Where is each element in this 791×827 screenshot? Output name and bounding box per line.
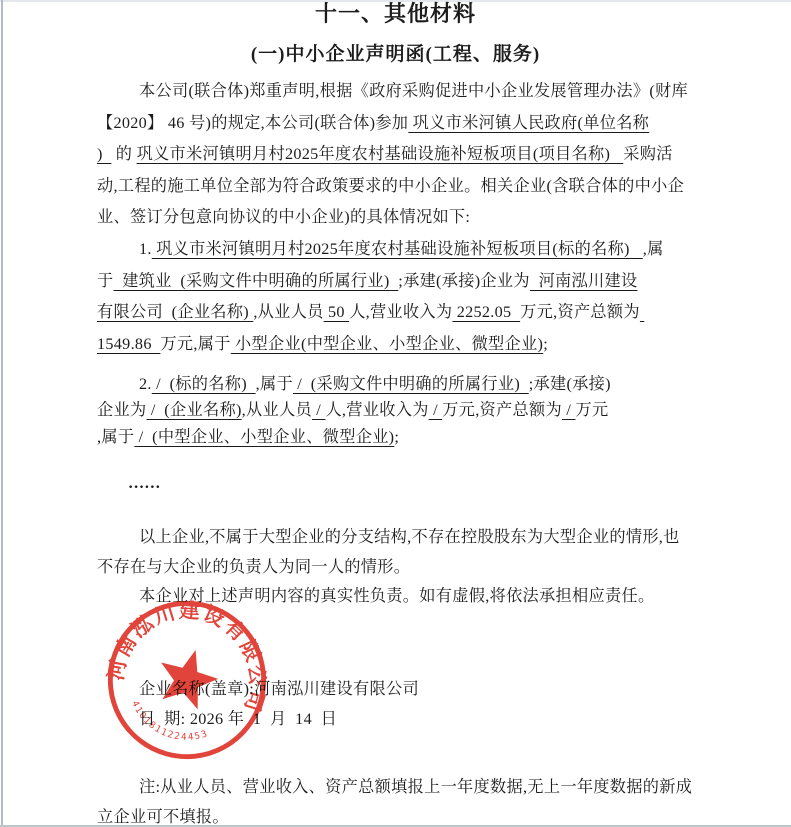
text-segment: 万元,属于 — [160, 335, 230, 353]
company-seal: 河南泓川建设有限公司 4101811224453 — [104, 597, 270, 763]
text-segment: 于 — [97, 272, 114, 290]
text-line: 企业为 / (企业名称),从业人员 / 人,营业收入为 / 万元,资产总额为 /… — [97, 397, 703, 423]
text-line: 注:从业人员、营业收入、资产总额填报上一年度数据,无上一年度数据的新成 — [97, 772, 703, 802]
fill-in-field: 巩义市米河镇人民政府(单位名称 — [408, 114, 649, 132]
text-segment: 立企业可不填报。 — [97, 808, 229, 826]
text-segment: 采购活 — [623, 145, 672, 163]
text-segment: 以上企业,不属于大型企业的分支结构,不存在控股股东为大型企业的情形,也 — [139, 528, 680, 546]
ellipsis-line: …… — [97, 474, 734, 493]
fill-in-field: ) — [97, 145, 111, 163]
text-segment: 注:从业人员、营业收入、资产总额填报上一年度数据,无上一年度数据的新成 — [139, 778, 692, 796]
text-line: 立企业可不填报。 — [97, 802, 703, 827]
fill-in-field — [640, 303, 644, 321]
fill-in-field: / (企业名称) — [146, 401, 241, 419]
text-segment: ,属 — [643, 240, 664, 258]
text-line: 【2020】 46 号)的规定,本公司(联合体)参加 巩义市米河镇人民政府(单位… — [97, 108, 703, 140]
text-segment: 河南泓川建设有限公司 — [254, 680, 419, 698]
text-segment: 人,营业收入为 — [325, 401, 428, 419]
item-1-paragraph: 1. 巩义市米河镇明月村2025年度农村基础设施补短板项目(标的名称) ,属于 … — [97, 234, 703, 360]
text-line: 1. 巩义市米河镇明月村2025年度农村基础设施补短板项目(标的名称) ,属 — [97, 234, 703, 266]
text-line: ) 的 巩义市米河镇明月村2025年度农村基础设施补短板项目(项目名称) 采购活 — [97, 139, 703, 171]
text-segment: 万元,资产总额为 — [520, 303, 640, 321]
text-segment: ;承建(承接)企业为 — [398, 272, 530, 290]
text-line: 有限公司 (企业名称) ,从业人员 50 人,营业收入为 2252.05 万元,… — [97, 297, 703, 329]
text-segment: ,从业人员 — [242, 401, 312, 419]
fill-in-field: / — [562, 401, 576, 419]
fill-in-field: 1549.86 — [97, 335, 160, 353]
text-segment: 企业为 — [97, 401, 146, 419]
fill-in-field: / — [429, 401, 443, 419]
text-segment: 业、签订分包意向协议的中小企业)的具体情况如下: — [97, 208, 470, 226]
document-page: { "title": "十一、其他材料", "subtitle": "(一)中小… — [0, 0, 791, 827]
text-segment: ;承建(承接) — [529, 375, 611, 393]
fill-in-field: 50 — [324, 303, 349, 321]
fill-in-field: 巩义市米河镇明月村2025年度农村基础设施补短板项目(标的名称) — [152, 240, 643, 258]
text-segment: 不存在与大企业的负责人为同一人的情形。 — [97, 558, 410, 576]
text-line: 不存在与大企业的负责人为同一人的情形。 — [97, 552, 703, 582]
text-segment: 万元,资产总额为 — [442, 401, 562, 419]
text-segment: 万元 — [575, 401, 608, 419]
page-edge-left — [1, 0, 3, 827]
text-line: ,属于 / (中型企业、小型企业、微型企业); — [97, 424, 703, 450]
text-segment: 2. — [139, 375, 152, 393]
fill-in-field: 小型企业(中型企业、小型企业、微型企业) — [231, 335, 544, 353]
fill-in-field: / (标的名称) — [152, 375, 256, 393]
text-segment: ; — [394, 428, 399, 446]
note-paragraph: 注:从业人员、营业收入、资产总额填报上一年度数据,无上一年度数据的新成立企业可不… — [97, 772, 703, 827]
text-line: 动,工程的施工单位全部为符合政策要求的中小企业。相关企业(含联合体的中小企 — [97, 171, 703, 203]
text-line: 业、签订分包意向协议的中小企业)的具体情况如下: — [97, 202, 703, 234]
fill-in-field: 河南泓川建设 — [530, 272, 638, 290]
fill-in-field: 有限公司 (企业名称) — [97, 303, 253, 321]
text-line: 以上企业,不属于大型企业的分支结构,不存在控股股东为大型企业的情形,也 — [97, 522, 703, 552]
fill-in-field: / (中型企业、小型企业、微型企业) — [134, 428, 394, 446]
item-2-paragraph: 2. / (标的名称) ,属于 / (采购文件中明确的所属行业) ;承建(承接)… — [97, 371, 703, 450]
fill-in-field: 2252.05 — [452, 303, 520, 321]
declaration-paragraph: 本公司(联合体)郑重声明,根据《政府采购促进中小企业发展管理办法》(财库【202… — [97, 76, 703, 234]
text-segment: ,从业人员 — [253, 303, 323, 321]
text-segment: 人,营业收入为 — [349, 303, 452, 321]
text-line: 于 建筑业 (采购文件中明确的所属行业) ;承建(承接)企业为 河南泓川建设 — [97, 266, 703, 298]
text-line: 2. / (标的名称) ,属于 / (采购文件中明确的所属行业) ;承建(承接) — [97, 371, 703, 397]
fill-in-field: / — [312, 401, 326, 419]
text-line: 本公司(联合体)郑重声明,根据《政府采购促进中小企业发展管理办法》(财库 — [97, 76, 703, 108]
seal-star-icon — [151, 642, 224, 713]
page-subtitle: (一)中小企业声明函(工程、服务) — [0, 42, 791, 68]
text-line: 1549.86 万元,属于 小型企业(中型企业、小型企业、微型企业); — [97, 329, 703, 361]
fill-in-field: 建筑业 (采购文件中明确的所属行业) — [114, 272, 399, 290]
text-segment: ; — [543, 335, 548, 353]
seal-number-arc: 4101811224453 — [122, 697, 215, 751]
seal-company-arc: 河南泓川建设有限公司 — [104, 597, 270, 723]
text-segment: 1. — [139, 240, 152, 258]
text-segment: 动,工程的施工单位全部为符合政策要求的中小企业。相关企业(含联合体的中小企 — [97, 177, 684, 195]
text-segment: ,属于 — [256, 375, 293, 393]
fill-in-field: 巩义市米河镇明月村2025年度农村基础设施补短板项目(项目名称) — [137, 145, 624, 163]
text-segment: ,属于 — [97, 428, 134, 446]
page-title: 十一、其他材料 — [0, 0, 791, 28]
text-segment: 【2020】 46 号)的规定,本公司(联合体)参加 — [97, 114, 408, 132]
assurance-paragraph: 以上企业,不属于大型企业的分支结构,不存在控股股东为大型企业的情形,也不存在与大… — [97, 522, 703, 582]
text-segment: 本公司(联合体)郑重声明,根据《政府采购促进中小企业发展管理办法》(财库 — [139, 82, 688, 100]
text-segment: 的 — [111, 145, 136, 163]
fill-in-field: / (采购文件中明确的所属行业) — [293, 375, 529, 393]
